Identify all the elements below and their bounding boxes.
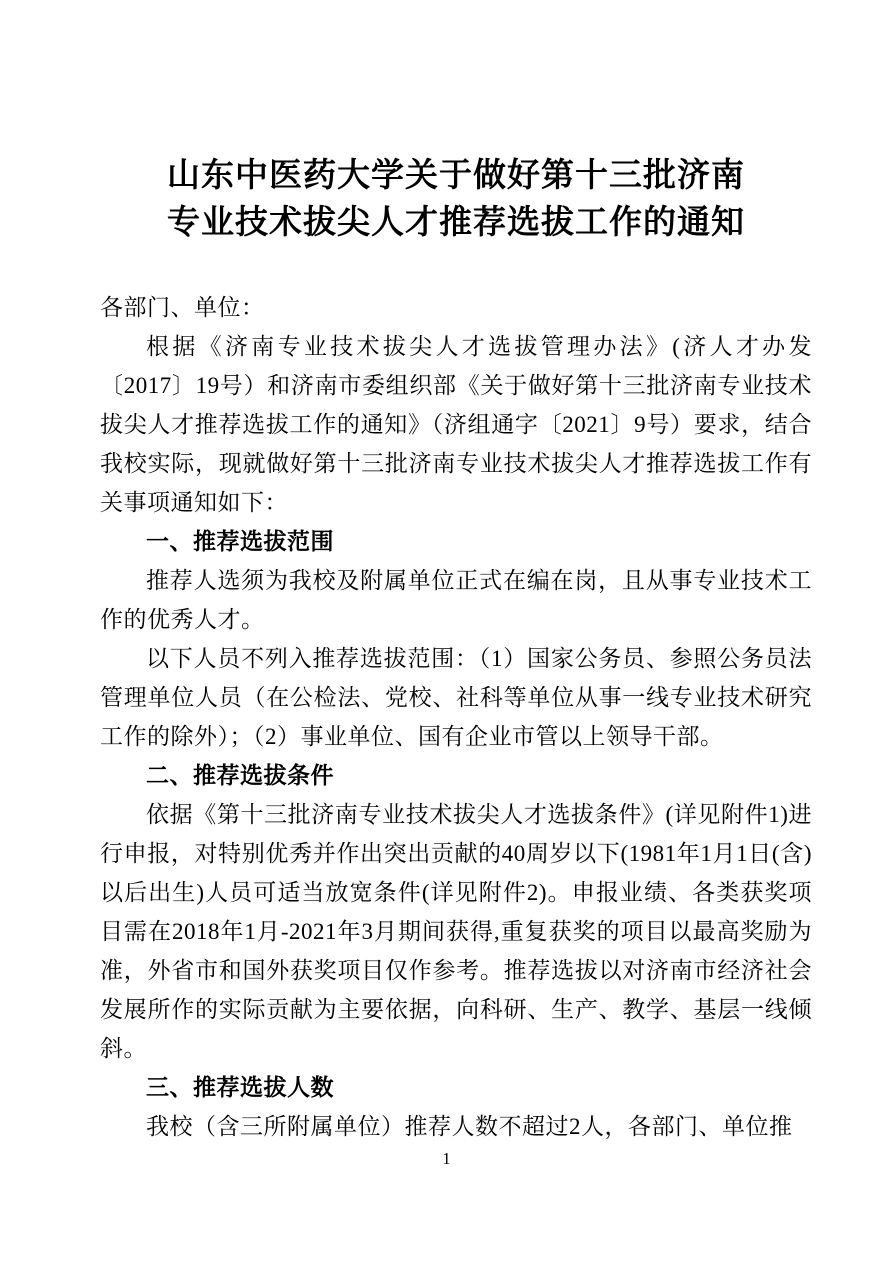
paragraph-conditions: 依据《第十三批济南专业技术拔尖人才选拔条件》(详见附件1)进行申报，对特别优秀并… bbox=[100, 795, 812, 1068]
document-page: 山东中医药大学关于做好第十三批济南 专业技术拔尖人才推荐选拔工作的通知 各部门、… bbox=[0, 0, 893, 1263]
paragraph-scope-1: 推荐人选须为我校及附属单位正式在编在岗，且从事专业技术工作的优秀人才。 bbox=[100, 561, 812, 639]
section-heading-1: 一、推荐选拔范围 bbox=[100, 522, 812, 561]
paragraph-scope-2: 以下人员不列入推荐选拔范围：（1）国家公务员、参照公务员法管理单位人员（在公检法… bbox=[100, 639, 812, 756]
document-title-line-1: 山东中医药大学关于做好第十三批济南 bbox=[167, 158, 745, 194]
paragraph-quota: 我校（含三所附属单位）推荐人数不超过2人，各部门、单位推 bbox=[100, 1107, 812, 1146]
page-number: 1 bbox=[0, 1148, 893, 1170]
paragraph-basis: 根据《济南专业技术拔尖人才选拔管理办法》(济人才办发〔2017〕19号）和济南市… bbox=[100, 327, 812, 522]
section-heading-3: 三、推荐选拔人数 bbox=[100, 1068, 812, 1107]
section-heading-2: 二、推荐选拔条件 bbox=[100, 756, 812, 795]
salutation: 各部门、单位： bbox=[100, 288, 812, 327]
document-title: 山东中医药大学关于做好第十三批济南 专业技术拔尖人才推荐选拔工作的通知 bbox=[100, 153, 812, 247]
document-title-line-2: 专业技术拔尖人才推荐选拔工作的通知 bbox=[167, 205, 745, 241]
document-body: 各部门、单位： 根据《济南专业技术拔尖人才选拔管理办法》(济人才办发〔2017〕… bbox=[100, 288, 812, 1146]
